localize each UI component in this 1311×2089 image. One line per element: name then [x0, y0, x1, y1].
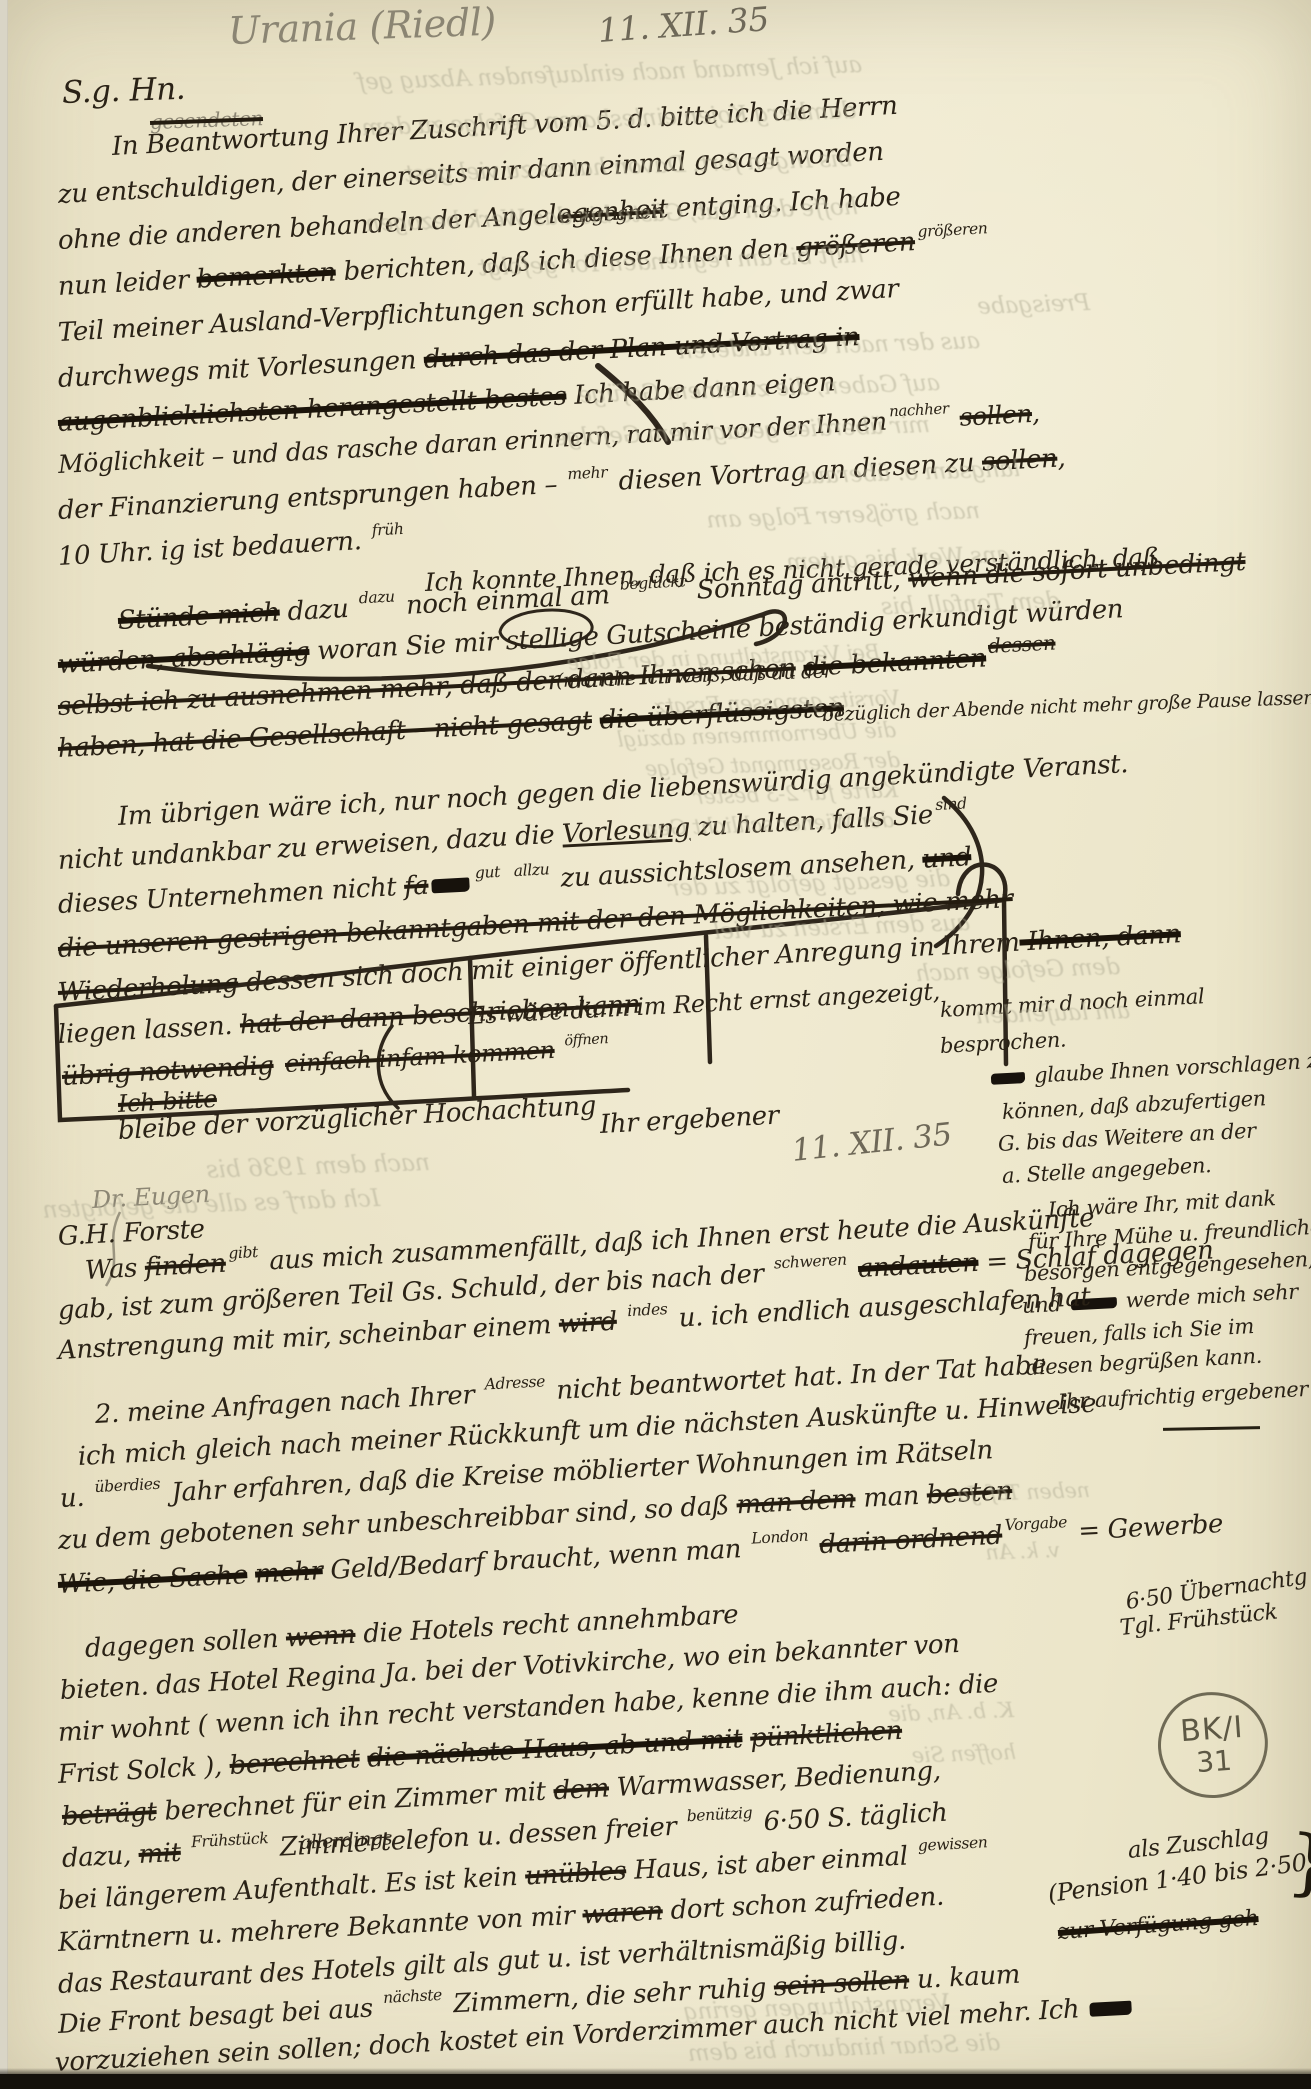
handwriting-line: Ihr ergebener — [599, 1103, 779, 1138]
margin-note-line: a. Stelle angegeben. — [1001, 1155, 1211, 1187]
bleed-through-line: am laufenden — [976, 1000, 1131, 1028]
handwriting-line: Es wäre dann im Recht ernst angezeigt, — [467, 979, 940, 1028]
ink-blot — [431, 878, 470, 893]
ink-blot — [991, 1072, 1026, 1085]
photo-edge-left — [0, 0, 8, 2089]
handwriting-line: allerdings — [300, 1829, 393, 1853]
archive-stamp: BK/I 31 — [1154, 1688, 1271, 1801]
bleed-through-line: hoffe dem Gut, Gäste bis das Werk bezoge… — [365, 196, 858, 236]
bleed-through-line: dem Tonfall, bis — [881, 590, 1060, 619]
curly-brace: } — [1284, 1818, 1311, 1906]
bleed-through-line: mir überdies gesagt dem Gefolge — [553, 414, 930, 450]
stamp-number: 31 — [1195, 1744, 1233, 1779]
bleed-through-line: hoffen Sie — [912, 1742, 1017, 1767]
photo-edge-bottom — [0, 2074, 1311, 2089]
manuscript-page: S.g. Hn.gesendetenIn Beantwortung Ihrer … — [0, 0, 1311, 2089]
bleed-through-line: nach dem 1936 bis — [206, 1150, 430, 1182]
handwriting-line: übrig notwendig — [61, 1053, 274, 1090]
handwriting-line: besprochen. — [939, 1029, 1066, 1057]
bleed-through-line: dem Gefolge nach — [915, 956, 1120, 986]
date-annotation: 11. XII. 35 — [597, 2, 770, 47]
stamp-code: BK/I — [1179, 1710, 1245, 1749]
margin-note-line: glaube Ihnen vorschlagen zu — [987, 1050, 1311, 1089]
handwriting-line: einfach infam kommen öffnen — [284, 1035, 612, 1076]
pencil-annotation: Urania (Riedl) — [227, 3, 496, 50]
bleed-through-line: Preisgabe — [977, 292, 1090, 319]
margin-note-line: G. bis das Weitere an der — [997, 1121, 1256, 1155]
bleed-through-line: langsam o. überaus — [799, 458, 1020, 489]
bleed-through-line: der Wiener schlicht Geg — [645, 810, 895, 840]
bleed-through-line: v. k. An — [985, 1540, 1060, 1564]
date-annotation: 11. XII. 35 — [790, 1119, 953, 1167]
margin-note-line: können, daß abzufertigen — [1001, 1088, 1266, 1123]
bleed-through-line: nach größerer Folge am — [706, 500, 980, 533]
bleed-through-line: neben Taf. Ja — [957, 1480, 1091, 1506]
bleed-through-line: K. b. An, die — [888, 1700, 1014, 1725]
handwriting-line: 10 Uhr. ig ist bedauern. früh — [57, 526, 407, 570]
ink-blot — [1090, 2001, 1133, 2017]
margin-addition: zur Verfügung geh — [1057, 1908, 1259, 1944]
handwriting-line: dessen — [987, 632, 1055, 656]
signature-rule — [1163, 1426, 1260, 1431]
bleed-through-line: auf ich Jemand nach einlaufenden Abzug g… — [357, 54, 862, 95]
handwriting-line: S.g. Hn. — [61, 74, 185, 109]
margin-note-line: diesen begrüßen kann. — [1025, 1346, 1262, 1379]
margin-note-line: freuen, falls ich Sie im — [1023, 1316, 1254, 1349]
bleed-through-line: bis Ingen fort. Davon hat es zu viel ges… — [404, 148, 852, 187]
